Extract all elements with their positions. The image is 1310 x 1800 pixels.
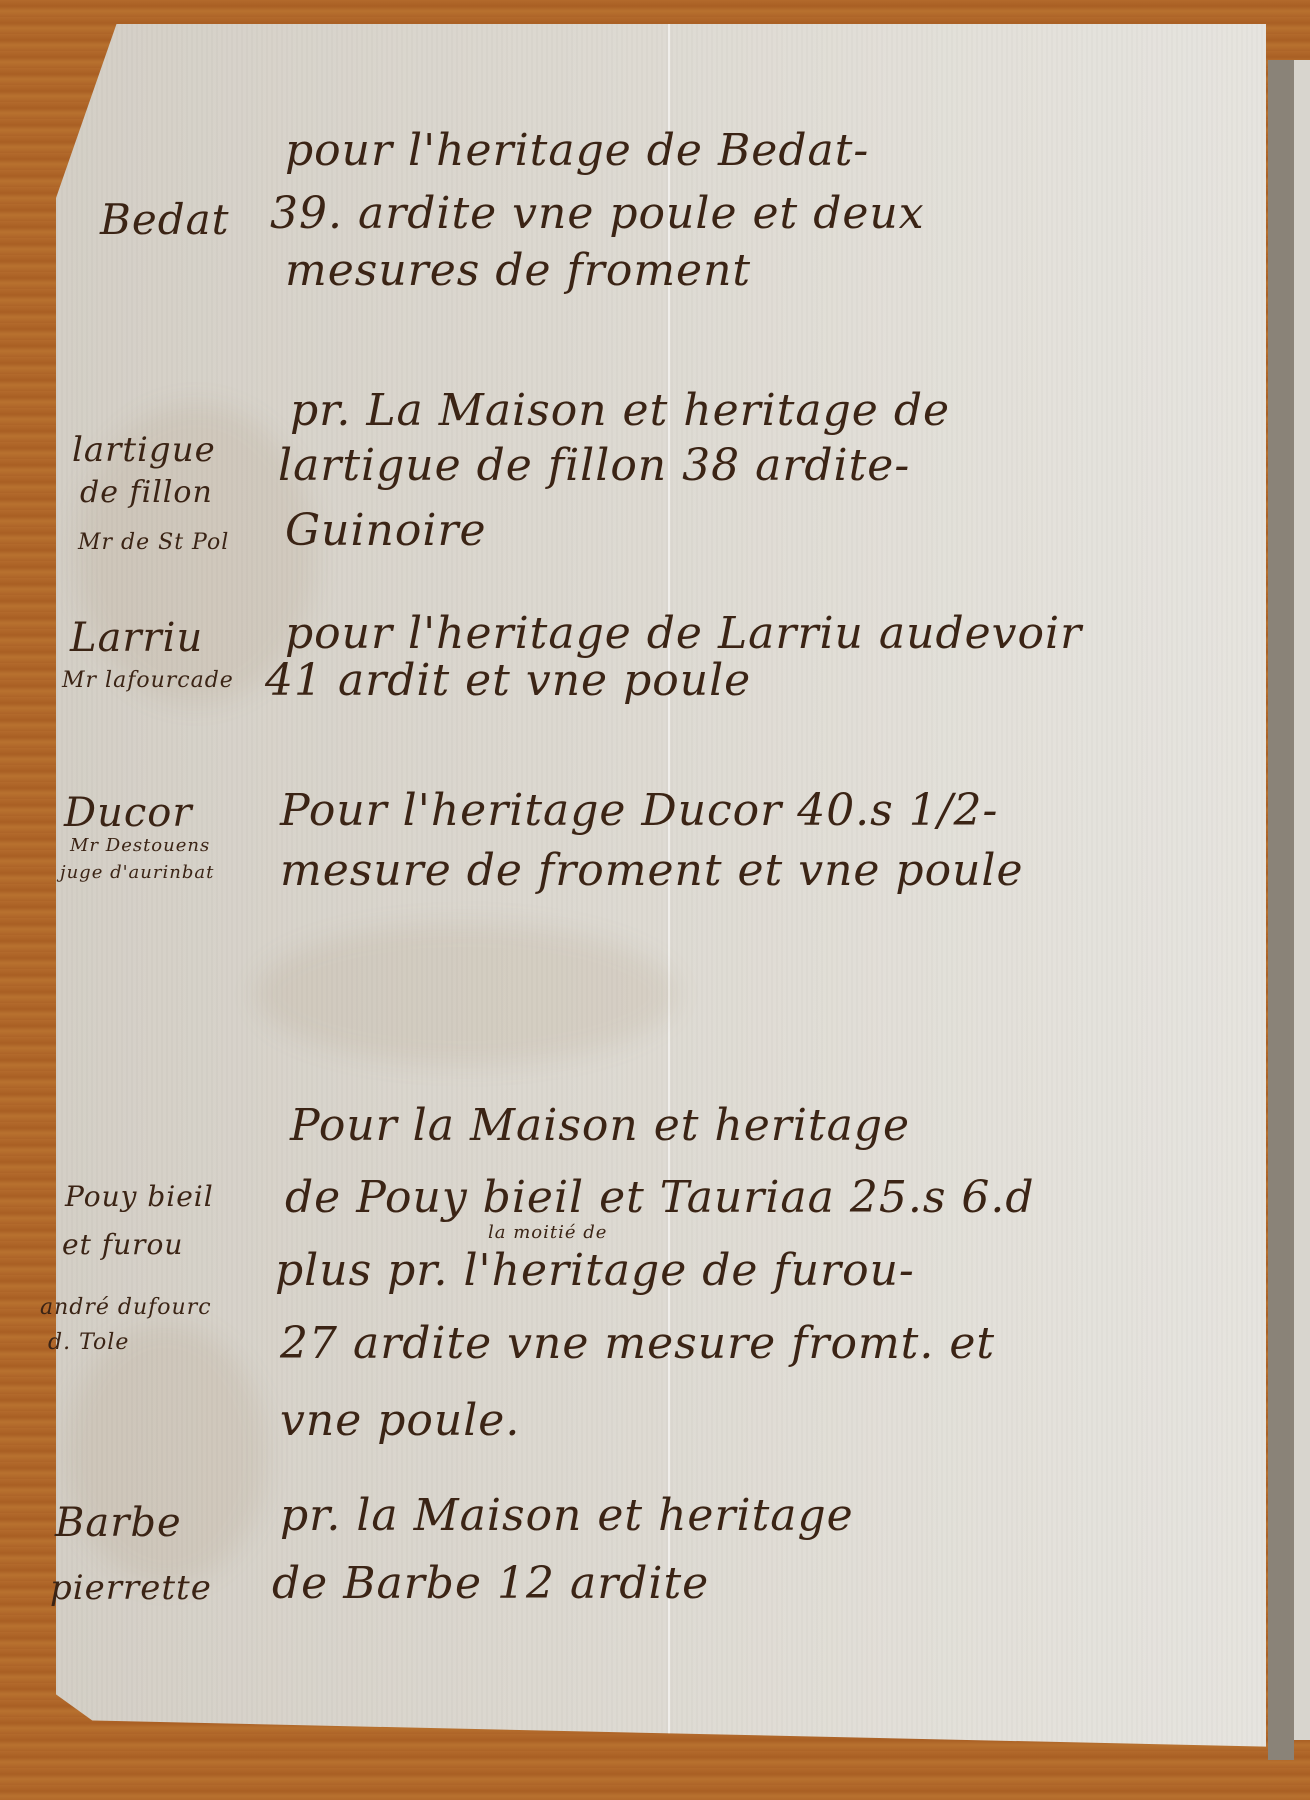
body-line: pr. la Maison et heritage <box>280 1490 854 1541</box>
margin-note: d. Tole <box>48 1330 129 1355</box>
body-line: mesures de froment <box>285 245 751 296</box>
body-line: pr. La Maison et heritage de <box>290 385 950 436</box>
body-line: vne poule. <box>280 1395 520 1446</box>
body-line: 27 ardite vne mesure fromt. et <box>280 1318 995 1369</box>
body-line: Pour la Maison et heritage <box>290 1100 910 1151</box>
margin-note: andré dufourc <box>40 1295 212 1320</box>
body-line: de Barbe 12 ardite <box>272 1558 709 1609</box>
body-line: 39. ardite vne poule et deux <box>270 188 925 239</box>
margin-name: et furou <box>62 1228 183 1261</box>
adjacent-page-edge <box>1294 60 1310 1740</box>
body-line: lartigue de fillon 38 ardite- <box>278 440 910 491</box>
margin-name: Pouy bieil <box>65 1180 214 1213</box>
body-line: mesure de froment et vne poule <box>280 845 1024 896</box>
body-line: pour l'heritage de Larriu audevoir <box>285 608 1082 659</box>
margin-name: Bedat <box>100 195 230 244</box>
margin-name: Larriu <box>70 615 203 661</box>
body-line: Guinoire <box>285 505 487 556</box>
book-gutter <box>1268 60 1294 1760</box>
margin-name: Ducor <box>64 790 192 836</box>
body-line: 41 ardit et vne poule <box>265 655 751 706</box>
body-line: Pour l'heritage Ducor 40.s 1/2- <box>280 785 998 836</box>
body-line: pour l'heritage de Bedat- <box>285 125 869 176</box>
body-line: plus pr. l'heritage de furou- <box>275 1245 915 1296</box>
margin-note: Mr Destouens <box>70 835 210 856</box>
margin-name: de fillon <box>80 475 213 510</box>
margin-name: Barbe <box>55 1500 182 1546</box>
margin-note: Mr de St Pol <box>78 530 229 555</box>
body-line: de Pouy bieil et Tauriaa 25.s 6.d <box>285 1172 1035 1223</box>
margin-note: Mr lafourcade <box>62 668 234 693</box>
interlinear-insertion: la moitié de <box>488 1222 607 1243</box>
margin-note: juge d'aurinbat <box>60 862 214 883</box>
margin-name: pierrette <box>50 1568 212 1608</box>
paper-stain <box>256 924 676 1064</box>
margin-name: lartigue <box>72 430 216 470</box>
